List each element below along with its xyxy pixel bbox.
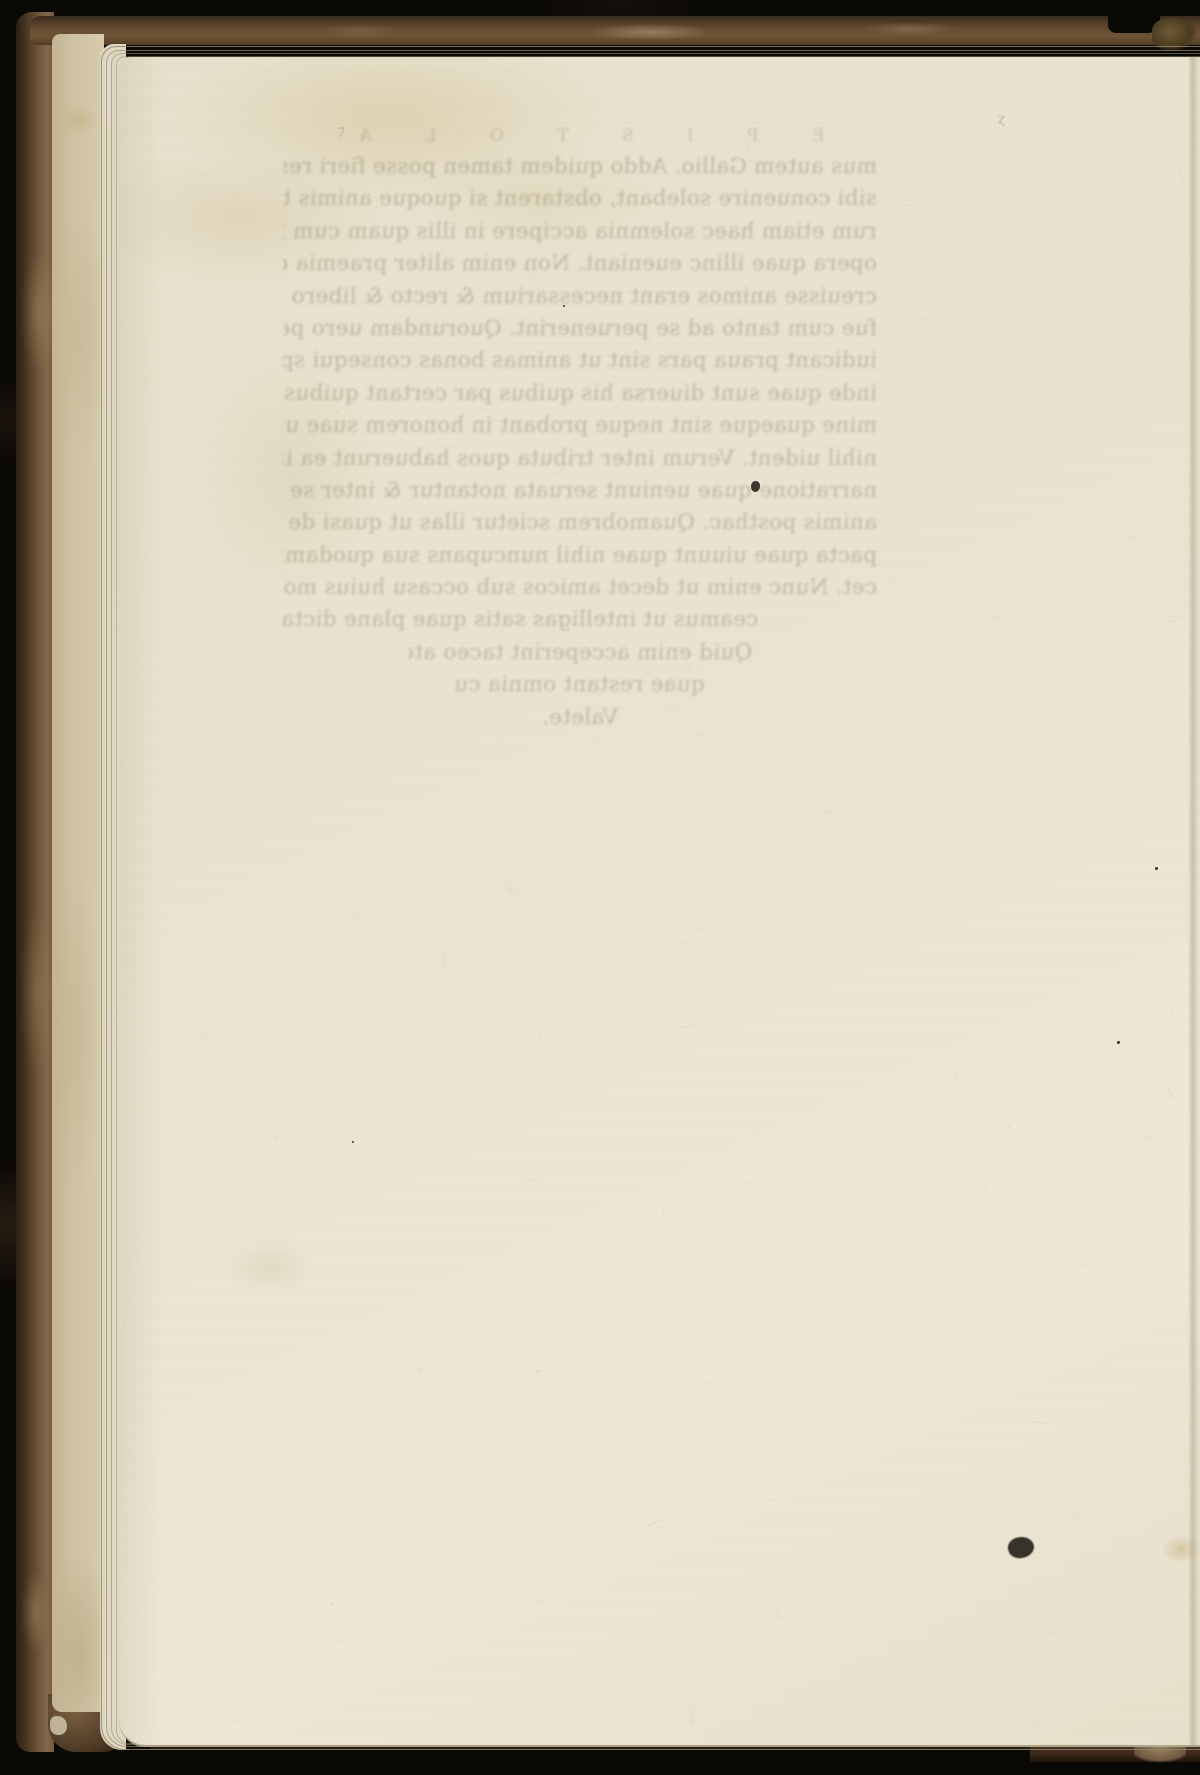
paper-fiber bbox=[1170, 1010, 1171, 1016]
paper-fiber bbox=[263, 1161, 266, 1164]
paper-fiber bbox=[930, 512, 932, 514]
paper-fiber bbox=[1133, 536, 1135, 538]
paper-fiber bbox=[183, 303, 185, 306]
paper-fiber bbox=[120, 1354, 122, 1355]
paper-fiber bbox=[942, 1543, 944, 1546]
paper-fiber bbox=[1180, 171, 1186, 185]
showthrough-line: cet. Nunc enim ut decet amicos sub occas… bbox=[283, 572, 877, 604]
showthrough-lines: mus autem Gallio. Addo quidem tamen poss… bbox=[283, 151, 877, 734]
paper-fiber bbox=[1037, 75, 1039, 77]
paper-fiber bbox=[551, 1335, 554, 1338]
paper-fiber bbox=[930, 979, 932, 982]
paper-fiber bbox=[417, 1321, 421, 1324]
stray-ink-mark: ɀ bbox=[998, 112, 1005, 127]
paper-fiber bbox=[649, 1519, 663, 1526]
paper-fiber bbox=[784, 1695, 787, 1699]
paper-fiber bbox=[1167, 1088, 1174, 1098]
paper-fiber bbox=[502, 736, 504, 740]
paper-fiber bbox=[1025, 231, 1027, 232]
paper-fiber bbox=[1009, 1060, 1012, 1062]
showthrough-line: ceamus ut intelligas satis quae plane di… bbox=[283, 604, 758, 636]
showthrough-line: sibi conuenire solebant, obstarent si qu… bbox=[283, 183, 877, 215]
paper-fiber bbox=[1034, 1422, 1047, 1424]
showthrough-line: creuisse animos erant necessarium & rect… bbox=[283, 281, 877, 313]
paper-fiber bbox=[182, 697, 185, 701]
paper-fiber bbox=[1090, 177, 1103, 186]
paper-fiber bbox=[154, 158, 155, 162]
paper-fiber bbox=[981, 1182, 987, 1196]
paper-fiber bbox=[819, 1207, 831, 1210]
showthrough-running-header: E P I S T O L A bbox=[283, 121, 877, 151]
scan-background: E P I S T O L A mus autem Gallio. Addo q… bbox=[0, 0, 1200, 1775]
paper-fiber bbox=[837, 1637, 839, 1638]
ink-speck bbox=[563, 305, 565, 307]
paper-fiber bbox=[662, 1207, 664, 1214]
paper-fiber bbox=[1035, 1718, 1041, 1728]
showthrough-line: inde quae sunt diuersa his quibus par ce… bbox=[283, 378, 877, 410]
paper-fiber bbox=[989, 962, 990, 964]
paper-fiber bbox=[906, 203, 912, 205]
paper-fiber bbox=[390, 1461, 392, 1464]
paper-fiber bbox=[535, 1027, 543, 1040]
paper-fiber bbox=[732, 1068, 734, 1070]
paper-fiber bbox=[1103, 1364, 1105, 1367]
paper-fiber bbox=[525, 1177, 538, 1183]
paper-fiber bbox=[187, 1330, 190, 1333]
paper-fiber bbox=[775, 1611, 778, 1618]
ink-blot bbox=[1006, 1535, 1036, 1561]
paper-fiber bbox=[1013, 529, 1015, 531]
paper-fiber bbox=[278, 1157, 280, 1159]
paper-fiber bbox=[590, 736, 596, 738]
paper-fiber bbox=[877, 1584, 879, 1586]
showthrough-line: Valete. bbox=[509, 702, 652, 734]
page-block-fore-edge bbox=[52, 34, 104, 1712]
paper-fiber bbox=[1170, 618, 1179, 623]
paper-fiber bbox=[269, 487, 271, 492]
paper-fiber bbox=[700, 1378, 707, 1386]
paper-fiber bbox=[1165, 580, 1167, 581]
paper-fiber bbox=[979, 1293, 980, 1298]
showthrough-line: animis posthac. Quamobrem scietur illas … bbox=[283, 507, 877, 539]
paper-fiber bbox=[411, 1079, 413, 1081]
paper-fiber bbox=[196, 1082, 198, 1084]
ink-speck bbox=[352, 1141, 354, 1143]
paper-fiber bbox=[338, 1640, 343, 1644]
paper-fiber bbox=[942, 1543, 944, 1546]
showthrough-line: mine quaeque sint neque probant in honor… bbox=[283, 410, 877, 442]
paper-fiber bbox=[505, 884, 513, 895]
paper-fiber bbox=[530, 1627, 540, 1634]
paper-fiber bbox=[257, 1127, 259, 1129]
paper-fiber bbox=[201, 1028, 206, 1039]
showthrough-text-block: E P I S T O L A mus autem Gallio. Addo q… bbox=[283, 121, 877, 734]
cover-corner-scuff bbox=[50, 1716, 67, 1735]
paper-fiber bbox=[818, 1195, 820, 1200]
paper-fiber bbox=[1030, 905, 1032, 906]
ink-speck bbox=[1117, 1041, 1120, 1044]
paper-fiber bbox=[756, 1130, 760, 1134]
paper-fiber bbox=[303, 1439, 305, 1441]
paper-fiber bbox=[142, 373, 151, 383]
paper-fiber bbox=[1006, 1125, 1010, 1129]
paper-fiber bbox=[691, 1710, 692, 1724]
paper-fiber bbox=[942, 1336, 945, 1339]
paper-fiber bbox=[681, 1024, 695, 1028]
paper-fiber bbox=[177, 783, 180, 786]
showthrough-line: Quid enim acceperint taceo atque audite bbox=[408, 637, 753, 669]
paper-fiber bbox=[159, 1234, 160, 1236]
paper-fiber bbox=[958, 1538, 960, 1540]
paper-fiber bbox=[991, 615, 994, 618]
paper-fiber bbox=[825, 811, 832, 815]
showthrough-line: mus autem Gallio. Addo quidem tamen poss… bbox=[283, 151, 877, 183]
paper-fiber bbox=[405, 74, 407, 75]
paper-fiber bbox=[449, 1155, 454, 1158]
book-cover-left-edge bbox=[16, 12, 54, 1752]
paper-fiber bbox=[179, 325, 181, 327]
paper-fiber bbox=[1007, 1599, 1009, 1601]
paper-fiber bbox=[236, 1720, 239, 1722]
showthrough-line: opera quae illinc eueniant. Non enim ali… bbox=[283, 248, 877, 280]
paper-fiber bbox=[1058, 972, 1059, 974]
paper-fiber bbox=[1160, 1611, 1162, 1613]
paper-fiber bbox=[862, 1268, 870, 1273]
paper-fiber bbox=[1073, 1515, 1077, 1521]
paper-fiber bbox=[827, 1179, 835, 1183]
ink-speck bbox=[1155, 867, 1158, 870]
paper-fiber bbox=[682, 939, 688, 946]
cover-damage-patch bbox=[1152, 18, 1198, 52]
paper-fiber bbox=[1065, 219, 1069, 230]
paper-fiber bbox=[1172, 1117, 1175, 1120]
paper-fiber bbox=[1065, 171, 1068, 174]
paper-fiber bbox=[1019, 1464, 1021, 1465]
paper-fiber bbox=[119, 761, 122, 763]
paper-fiber bbox=[162, 125, 169, 130]
paper-fiber bbox=[537, 1370, 540, 1372]
showthrough-line: fue cum tanto ad se peruenerint. Quorund… bbox=[283, 313, 877, 345]
paper-fiber bbox=[419, 1366, 424, 1372]
book-cover-top-edge bbox=[30, 16, 1200, 45]
showthrough-line: narratione quae ueniunt seruata notantur… bbox=[283, 475, 877, 507]
showthrough-line: quae restant omnia curentur bbox=[455, 669, 704, 701]
showthrough-line: rum etiam haec solemnia accipere in illi… bbox=[283, 216, 877, 248]
paper-fiber bbox=[918, 859, 921, 862]
paper-fiber bbox=[652, 876, 654, 877]
showthrough-line: nihil uident. Verum inter tributa quos h… bbox=[283, 443, 877, 475]
paper-fiber bbox=[1158, 1242, 1161, 1244]
paper-fiber bbox=[254, 127, 256, 129]
paper-fiber bbox=[1142, 1136, 1153, 1143]
paper-fiber bbox=[189, 230, 192, 233]
paper-fiber bbox=[123, 1320, 125, 1329]
paper-fiber bbox=[257, 435, 262, 436]
showthrough-line: iudicant praua pars sint ut animas bonas… bbox=[283, 345, 877, 377]
paper-fiber bbox=[442, 956, 444, 971]
paper-fiber bbox=[1047, 1630, 1053, 1634]
paper-fiber bbox=[742, 1181, 750, 1183]
paper-fiber bbox=[1051, 818, 1054, 821]
paper-fiber bbox=[768, 1499, 770, 1502]
stray-ink-mark: 7 bbox=[337, 126, 345, 141]
paper-fiber bbox=[539, 1598, 550, 1602]
paper-fiber bbox=[273, 1131, 283, 1140]
paper-fiber bbox=[696, 929, 699, 931]
paper-fiber bbox=[1022, 1286, 1028, 1290]
blank-page: E P I S T O L A mus autem Gallio. Addo q… bbox=[119, 57, 1200, 1745]
paper-fiber bbox=[439, 1048, 441, 1050]
paper-fiber bbox=[331, 1602, 334, 1605]
paper-fiber bbox=[354, 911, 357, 914]
paper-fiber bbox=[1073, 1257, 1085, 1267]
page-bottom-shadow bbox=[150, 1745, 1034, 1750]
paper-fiber bbox=[942, 1078, 945, 1081]
showthrough-line: pacta quae uiuunt quae nihil nuncupans s… bbox=[283, 540, 877, 572]
paper-fiber bbox=[920, 318, 934, 323]
paper-fiber bbox=[952, 1074, 959, 1082]
